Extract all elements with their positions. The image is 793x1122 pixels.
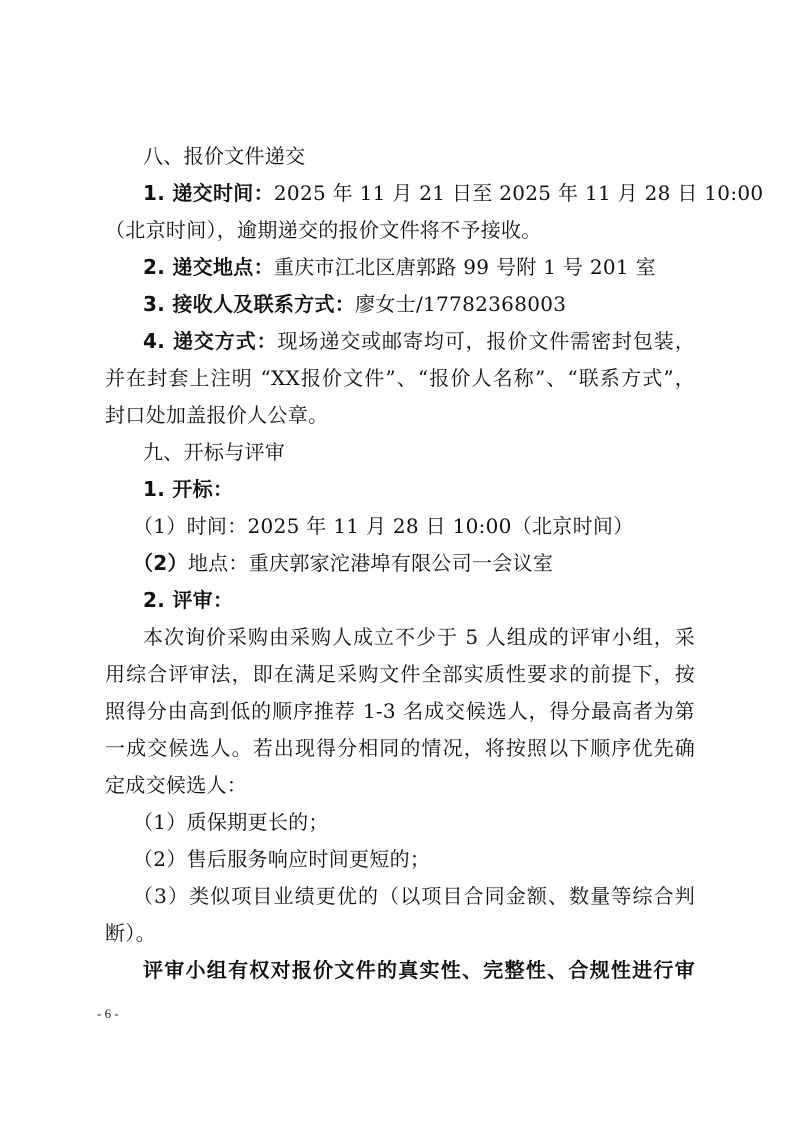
item-label: 1. 递交时间：: [143, 181, 274, 205]
item-submission-place: 2. 递交地点：重庆市江北区唐郭路 99 号附 1 号 201 室: [105, 249, 695, 286]
item-text: 重庆市江北区唐郭路 99 号附 1 号 201 室: [274, 255, 656, 279]
opening-place-text: 地点：重庆郭家沱港埠有限公司一会议室: [188, 551, 553, 575]
item-submission-time: 1. 递交时间：2025 年 11 月 21 日至 2025 年 11 月 28…: [105, 175, 695, 212]
review-para-line: 一成交候选人。若出现得分相同的情况，将按照以下顺序优先确: [105, 730, 695, 767]
criteria-item: （2）售后服务响应时间更短的；: [105, 841, 695, 878]
item-submission-time-cont: （北京时间），逾期递交的报价文件将不予接收。: [105, 212, 695, 249]
opening-place: （2）地点：重庆郭家沱港埠有限公司一会议室: [105, 545, 695, 582]
review-para-line: 定成交候选人：: [105, 767, 695, 804]
item-receiver-contact: 3. 接收人及联系方式：廖女士/17782368003: [105, 286, 695, 323]
item-submission-method: 4. 递交方式：现场递交或邮寄均可，报价文件需密封包装，: [105, 323, 695, 360]
criteria-item-cont: 断）。: [105, 915, 695, 952]
item-label: 3. 接收人及联系方式：: [143, 292, 355, 316]
review-para-line: 照得分由高到低的顺序推荐 1-3 名成交候选人，得分最高者为第: [105, 693, 695, 730]
opening-heading: 1. 开标：: [105, 471, 695, 508]
item-text: 廖女士/17782368003: [355, 292, 566, 316]
document-page: 八、报价文件递交 1. 递交时间：2025 年 11 月 21 日至 2025 …: [105, 138, 695, 989]
opening-place-label: （2）: [133, 551, 188, 575]
review-bold-statement: 评审小组有权对报价文件的真实性、完整性、合规性进行审: [105, 952, 695, 989]
opening-time: （1）时间：2025 年 11 月 28 日 10:00（北京时间）: [105, 508, 695, 545]
item-submission-method-cont: 并在封套上注明 “XX报价文件”、“报价人名称”、“联系方式”，: [105, 360, 695, 397]
review-para-line: 本次询价采购由采购人成立不少于 5 人组成的评审小组，采: [105, 619, 695, 656]
review-para-line: 用综合评审法，即在满足采购文件全部实质性要求的前提下，按: [105, 656, 695, 693]
item-submission-method-cont2: 封口处加盖报价人公章。: [105, 397, 695, 434]
page-number: - 6 -: [97, 1006, 119, 1022]
section-heading-9: 九、开标与评审: [105, 434, 695, 471]
review-heading: 2. 评审：: [105, 582, 695, 619]
item-label: 4. 递交方式：: [143, 329, 278, 353]
item-label: 2. 递交地点：: [143, 255, 274, 279]
criteria-item: （1）质保期更长的；: [105, 804, 695, 841]
item-text: 2025 年 11 月 21 日至 2025 年 11 月 28 日 10:00: [274, 181, 764, 205]
section-heading-8: 八、报价文件递交: [105, 138, 695, 175]
criteria-item: （3）类似项目业绩更优的（以项目合同金额、数量等综合判: [105, 878, 695, 915]
item-text: 现场递交或邮寄均可，报价文件需密封包装，: [278, 329, 695, 353]
